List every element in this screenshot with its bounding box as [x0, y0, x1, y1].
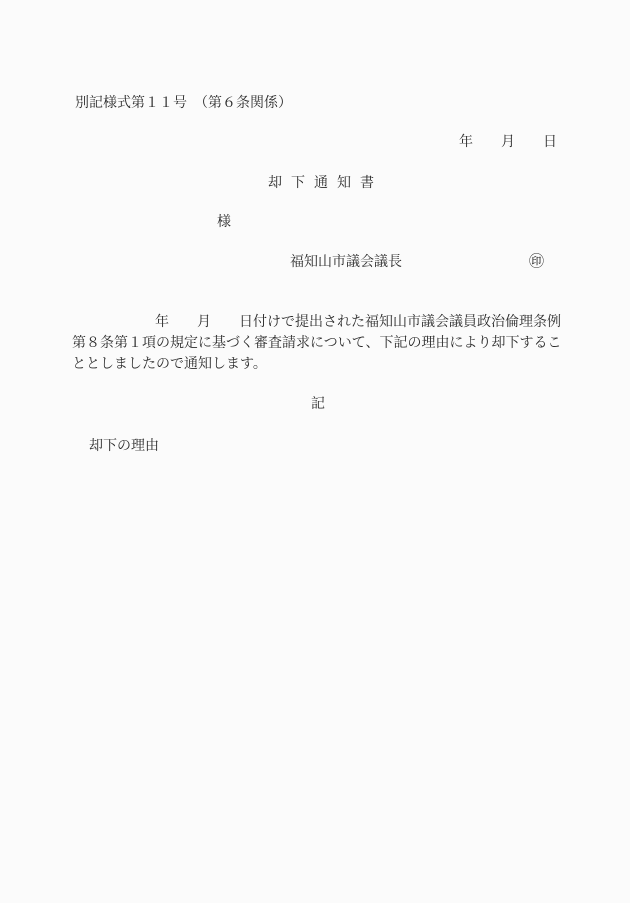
date-line: 年 月 日 — [459, 136, 557, 150]
seal-mark: ㊞ — [529, 255, 544, 270]
rejection-reason-heading: 却下の理由 — [89, 440, 159, 454]
body-text-line-2: 第８条第１項の規定に基づく審査請求について、下記の理由により却下するこ — [72, 337, 561, 351]
document-title: 却下通知書 — [268, 177, 383, 191]
body-text-line-3: ととしましたので通知します。 — [72, 358, 267, 372]
form-number: 別記様式第１１号 （第６条関係） — [75, 97, 292, 111]
sender-line: 福知山市議会議長 ㊞ — [290, 255, 544, 270]
rejection-notice-document: 別記様式第１１号 （第６条関係） 年 月 日 却下通知書 様 福知山市議会議長 … — [0, 0, 630, 903]
sender-title: 福知山市議会議長 — [290, 256, 402, 270]
record-marker: 記 — [311, 398, 325, 412]
addressee-honorific: 様 — [217, 216, 231, 230]
body-text-line-1: 年 月 日付けで提出された福知山市議会議員政治倫理条例 — [155, 316, 561, 330]
